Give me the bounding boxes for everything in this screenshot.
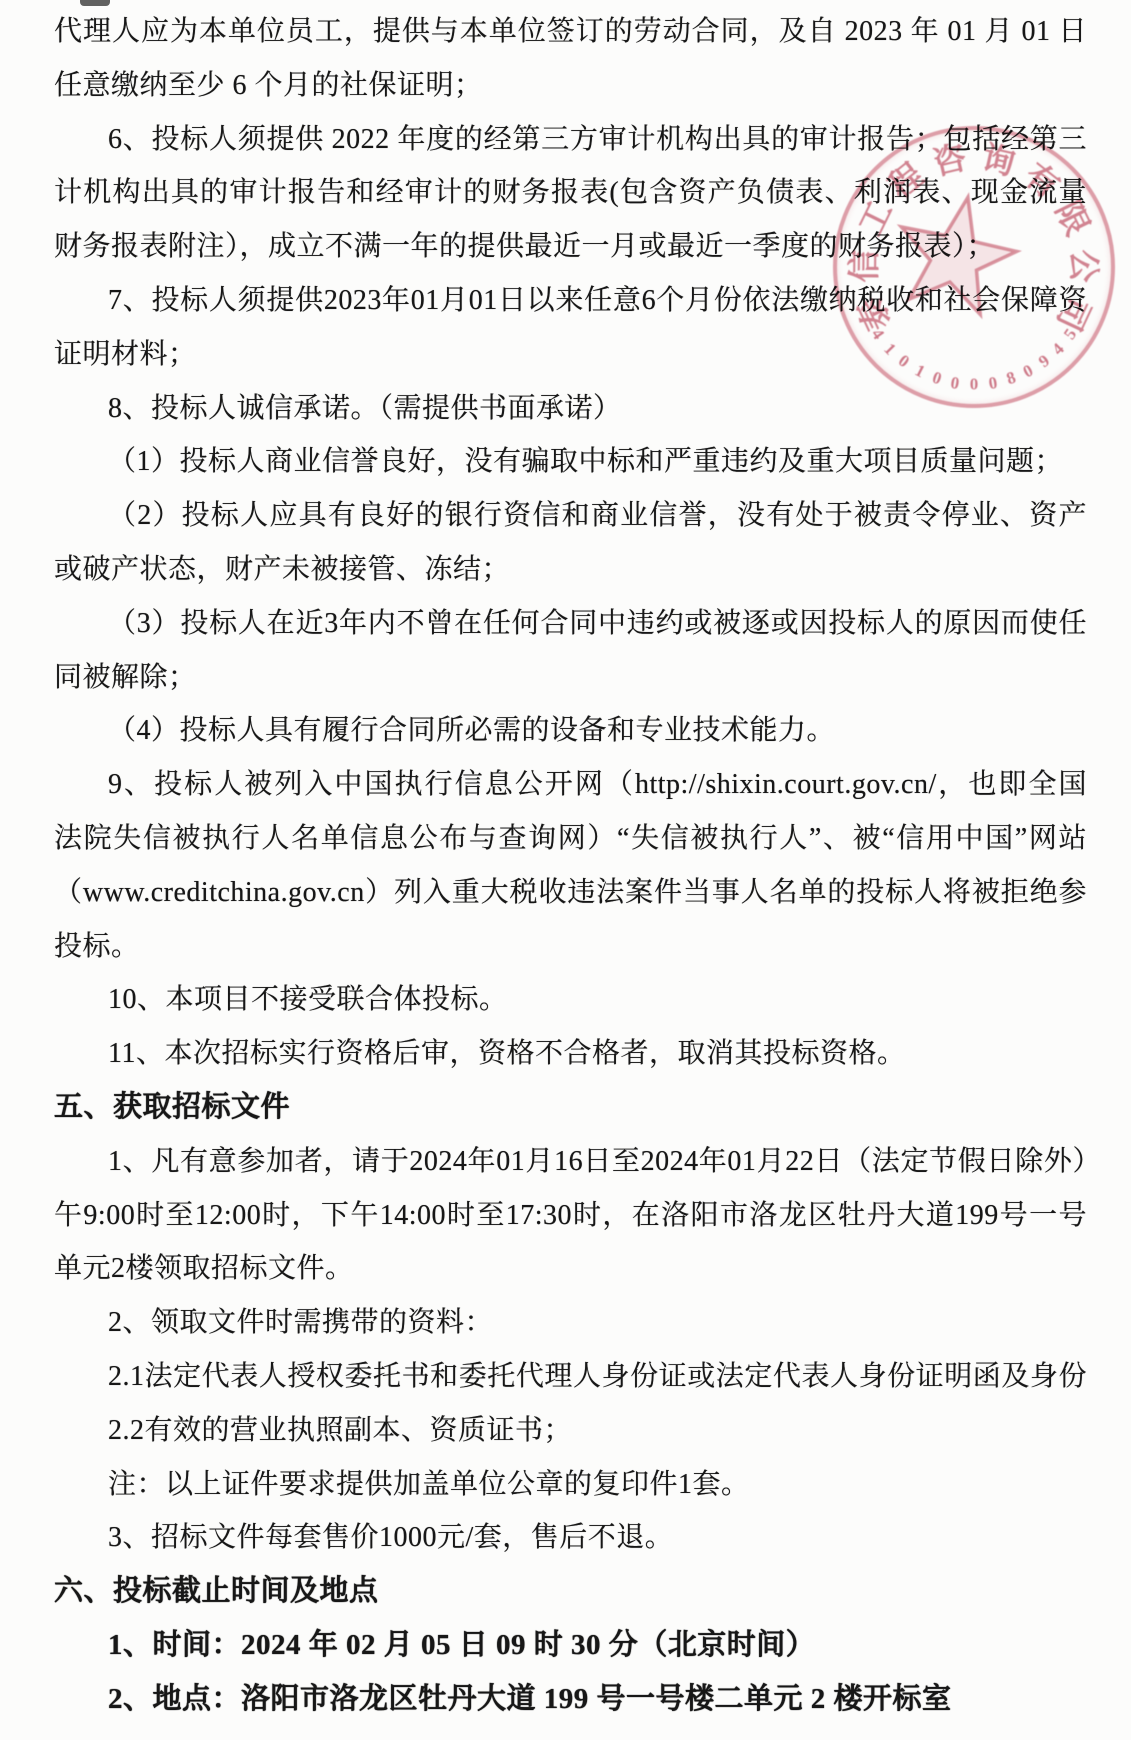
text-line: （www.creditchina.gov.cn）列入重大税收违法案件当事人名单的… — [54, 866, 1087, 920]
text-line: 2.1法定代表人授权委托书和委托代理人身份证或法定代表人身份证明函及身份证； — [54, 1350, 1087, 1404]
text-line: 7、投标人须提供2023年01月01日以来任意6个月份依法缴纳税收和社会保障资金… — [54, 274, 1087, 328]
text-line: （4）投标人具有履行合同所必需的设备和专业技术能力。 — [54, 704, 1087, 758]
text-line: （2）投标人应具有良好的银行资信和商业信誉，没有处于被责令停业、资产重组 — [54, 489, 1087, 543]
text-line: 注：以上证件要求提供加盖单位公章的复印件1套。 — [54, 1458, 1087, 1512]
text-line: 1、时间：2024 年 02 月 05 日 09 时 30 分（北京时间） — [54, 1619, 1087, 1673]
text-line: 2、地点：洛阳市洛龙区牡丹大道 199 号一号楼二单元 2 楼开标室 — [54, 1673, 1087, 1727]
text-line: （1）投标人商业信誉良好，没有骗取中标和严重违约及重大项目质量问题； — [54, 435, 1087, 489]
text-line: 11、本次招标实行资格后审，资格不合格者，取消其投标资格。 — [54, 1027, 1087, 1081]
text-line: 或破产状态，财产未被接管、冻结； — [54, 543, 1087, 597]
text-line: 2、领取文件时需携带的资料： — [54, 1296, 1087, 1350]
text-line: 单元2楼领取招标文件。 — [54, 1242, 1087, 1296]
text-line: 2.2有效的营业执照副本、资质证书； — [54, 1404, 1087, 1458]
text-line: 五、获取招标文件 — [54, 1081, 1087, 1135]
text-line: 1、凡有意参加者，请于2024年01月16日至2024年01月22日（法定节假日… — [54, 1135, 1087, 1189]
document-lines: 代理人应为本单位员工，提供与本单位签订的劳动合同，及自 2023 年 01 月 … — [54, 5, 1087, 1727]
text-line: 3、招标文件每套售价1000元/套，售后不退。 — [54, 1511, 1087, 1565]
text-line: 同被解除； — [54, 651, 1087, 705]
text-line: 计机构出具的审计报告和经审计的财务报表(包含资产负债表、利润表、现金流量表和 — [54, 166, 1087, 220]
text-line: 法院失信被执行人名单信息公布与查询网）“失信被执行人”、被“信用中国”网站 — [54, 812, 1087, 866]
text-line: （3）投标人在近3年内不曾在任何合同中违约或被逐或因投标人的原因而使任何合 — [54, 597, 1087, 651]
text-line: 9、投标人被列入中国执行信息公开网（http://shixin.court.go… — [54, 758, 1087, 812]
text-line: 财务报表附注），成立不满一年的提供最近一月或最近一季度的财务报表）； — [54, 220, 1087, 274]
text-line: 任意缴纳至少 6 个月的社保证明； — [54, 59, 1087, 113]
text-line: 证明材料； — [54, 328, 1087, 382]
text-line: 午9:00时至12:00时，下午14:00时至17:30时，在洛阳市洛龙区牡丹大… — [54, 1189, 1087, 1243]
text-line: 10、本项目不接受联合体投标。 — [54, 973, 1087, 1027]
text-line: 投标。 — [54, 920, 1087, 974]
text-line: 代理人应为本单位员工，提供与本单位签订的劳动合同，及自 2023 年 01 月 … — [54, 5, 1087, 59]
text-line: 六、投标截止时间及地点 — [54, 1565, 1087, 1619]
document-page: 代理人应为本单位员工，提供与本单位签订的劳动合同，及自 2023 年 01 月 … — [0, 0, 1131, 1740]
text-line: 8、投标人诚信承诺。（需提供书面承诺） — [54, 382, 1087, 436]
text-line: 6、投标人须提供 2022 年度的经第三方审计机构出具的审计报告；包括经第三方审 — [54, 113, 1087, 167]
